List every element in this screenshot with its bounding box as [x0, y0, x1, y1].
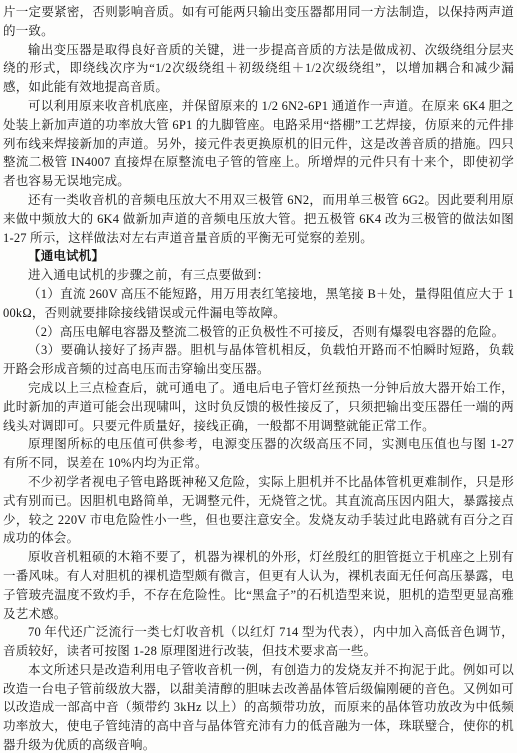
section-heading: 【通电试机】	[3, 247, 514, 266]
paragraph: 完成以上三点检查后，就可通电了。通电后电子管灯丝预热一分钟后放大器开始工作，此时…	[3, 379, 514, 435]
paragraph: （3）要确认接好了扬声器。胆机与晶体管机相反，负载怕开路而不怕瞬时短路，负载开路…	[3, 341, 514, 379]
paragraph: 输出变压器是取得良好音质的关键，进一步提高音质的方法是做成初、次级绕组分层夹绕的…	[3, 41, 514, 97]
paragraph: 片一定要紧密，否则影响音质。如有可能两只输出变压器都用同一方法制造，以保持两声道…	[3, 3, 514, 41]
paragraph: 原理图所标的电压值可供参考，电源变压器的次级高压不同，实测电压值也与图 1-27…	[3, 435, 514, 473]
paragraph: 本文所述只是改造利用电子管收音机一例，有创造力的发烧友并不拘泥于此。例如可以改造…	[3, 661, 514, 753]
text-column: 片一定要紧密，否则影响音质。如有可能两只输出变压器都用同一方法制造，以保持两声道…	[3, 3, 514, 753]
paragraph: 原收音机粗硕的木箱不要了，机器为裸机的外形，灯丝殷红的胆管挺立于机座之上别有一番…	[3, 548, 514, 623]
paragraph: 可以利用原来收音机底座，并保留原来的 1/2 6N2-6P1 通道作一声道。在原…	[3, 97, 514, 191]
document-page: 片一定要紧密，否则影响音质。如有可能两只输出变压器都用同一方法制造，以保持两声道…	[0, 0, 517, 753]
paragraph: （1）直流 260V 高压不能短路，用万用表红笔接地，黑笔接 B＋处，量得阻值应…	[3, 285, 514, 323]
paragraph: 不少初学者视电子管电路既神秘又危险，实际上胆机并不比晶体管机更难制作，只是形式有…	[3, 473, 514, 548]
paragraph: 进入通电试机的步骤之前，有三点要做到：	[3, 266, 514, 285]
paragraph: 还有一类收音机的音频电压放大不用双三极管 6N2，而用单三极管 6G2。因此要利…	[3, 191, 514, 247]
paragraph: 70 年代还广泛流行一类七灯收音机（以红灯 714 型为代表），内中加入高低音色…	[3, 623, 514, 661]
paragraph: （2）高压电解电容器及整流二极管的正负极性不可接反，否则有爆裂电容器的危险。	[3, 323, 514, 342]
